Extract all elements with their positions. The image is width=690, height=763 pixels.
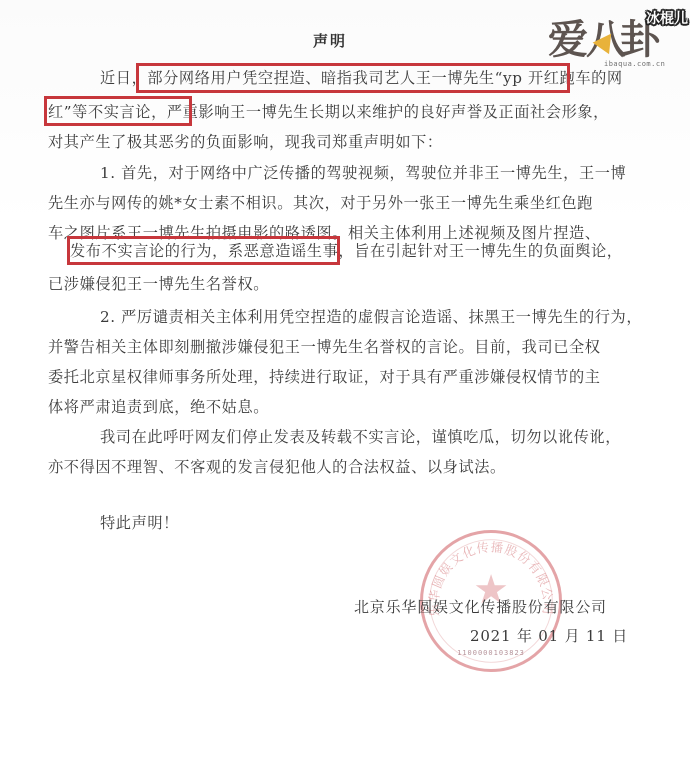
- point2-line-3: 委托北京星权律师事务所处理，持续进行取证，对于具有严重涉嫌侵权情节的主: [48, 367, 601, 387]
- appeal-line-1: 我司在此呼吁网友们停止发表及转载不实言论，谨慎吃瓜，切勿以讹传讹，: [100, 427, 621, 447]
- document-title: 声明: [0, 30, 660, 51]
- point2-line-1: 2. 严厉谴责相关主体利用凭空捏造的虚假言论造谣、抹黑王一博先生的行为，: [100, 307, 642, 327]
- watermark-url: ibaqua.com.cn: [604, 60, 665, 68]
- intro-line-3: 对其产生了极其恶劣的负面影响，现我司郑重声明如下：: [48, 132, 443, 152]
- point2-line-2: 并警告相关主体即刻删撤涉嫌侵犯王一博先生名誉权的言论。目前，我司已全权: [48, 337, 601, 357]
- point1-line-1: 1. 首先，对于网络中广泛传播的驾驶视频，驾驶位并非王一博先生，王一博: [100, 163, 626, 183]
- point1-line-2: 先生亦与网传的姚*女士素不相识。其次，对于另外一张王一博先生乘坐红色跑: [48, 193, 593, 213]
- closing-line: 特此声明！: [100, 513, 179, 533]
- statement-document: 爱八卦 冰棍儿 ibaqua.com.cn 声明 近日，部分网络用户凭空捏造、暗…: [0, 0, 690, 763]
- seal-code: 1100000103823: [457, 649, 525, 657]
- intro-line-1: 近日，部分网络用户凭空捏造、暗指我司艺人王一博先生“yp 开红跑车的网: [100, 68, 623, 88]
- watermark-badge: 冰棍儿: [646, 8, 688, 28]
- point1-line-4: 发布不实言论的行为，系恶意造谣生事，旨在引起针对王一博先生的负面舆论，: [70, 241, 623, 261]
- point1-line-5: 已涉嫌侵犯王一博先生名誉权。: [48, 274, 269, 294]
- point2-line-4: 体将严肃追责到底，绝不姑息。: [48, 397, 269, 417]
- point1-line-3: 车之图片系王一博先生拍摄电影的路透图。相关主体利用上述视频及图片捏造、: [48, 223, 601, 243]
- statement-date: 2021 年 01 月 11 日: [470, 625, 628, 646]
- intro-line-2: 红”等不实言论，严重影响王一博先生长期以来维护的良好声誉及正面社会形象，: [48, 102, 609, 122]
- appeal-line-2: 亦不得因不理智、不客观的发言侵犯他人的合法权益、以身试法。: [48, 457, 506, 477]
- company-name: 北京乐华圆娱文化传播股份有限公司: [354, 596, 607, 617]
